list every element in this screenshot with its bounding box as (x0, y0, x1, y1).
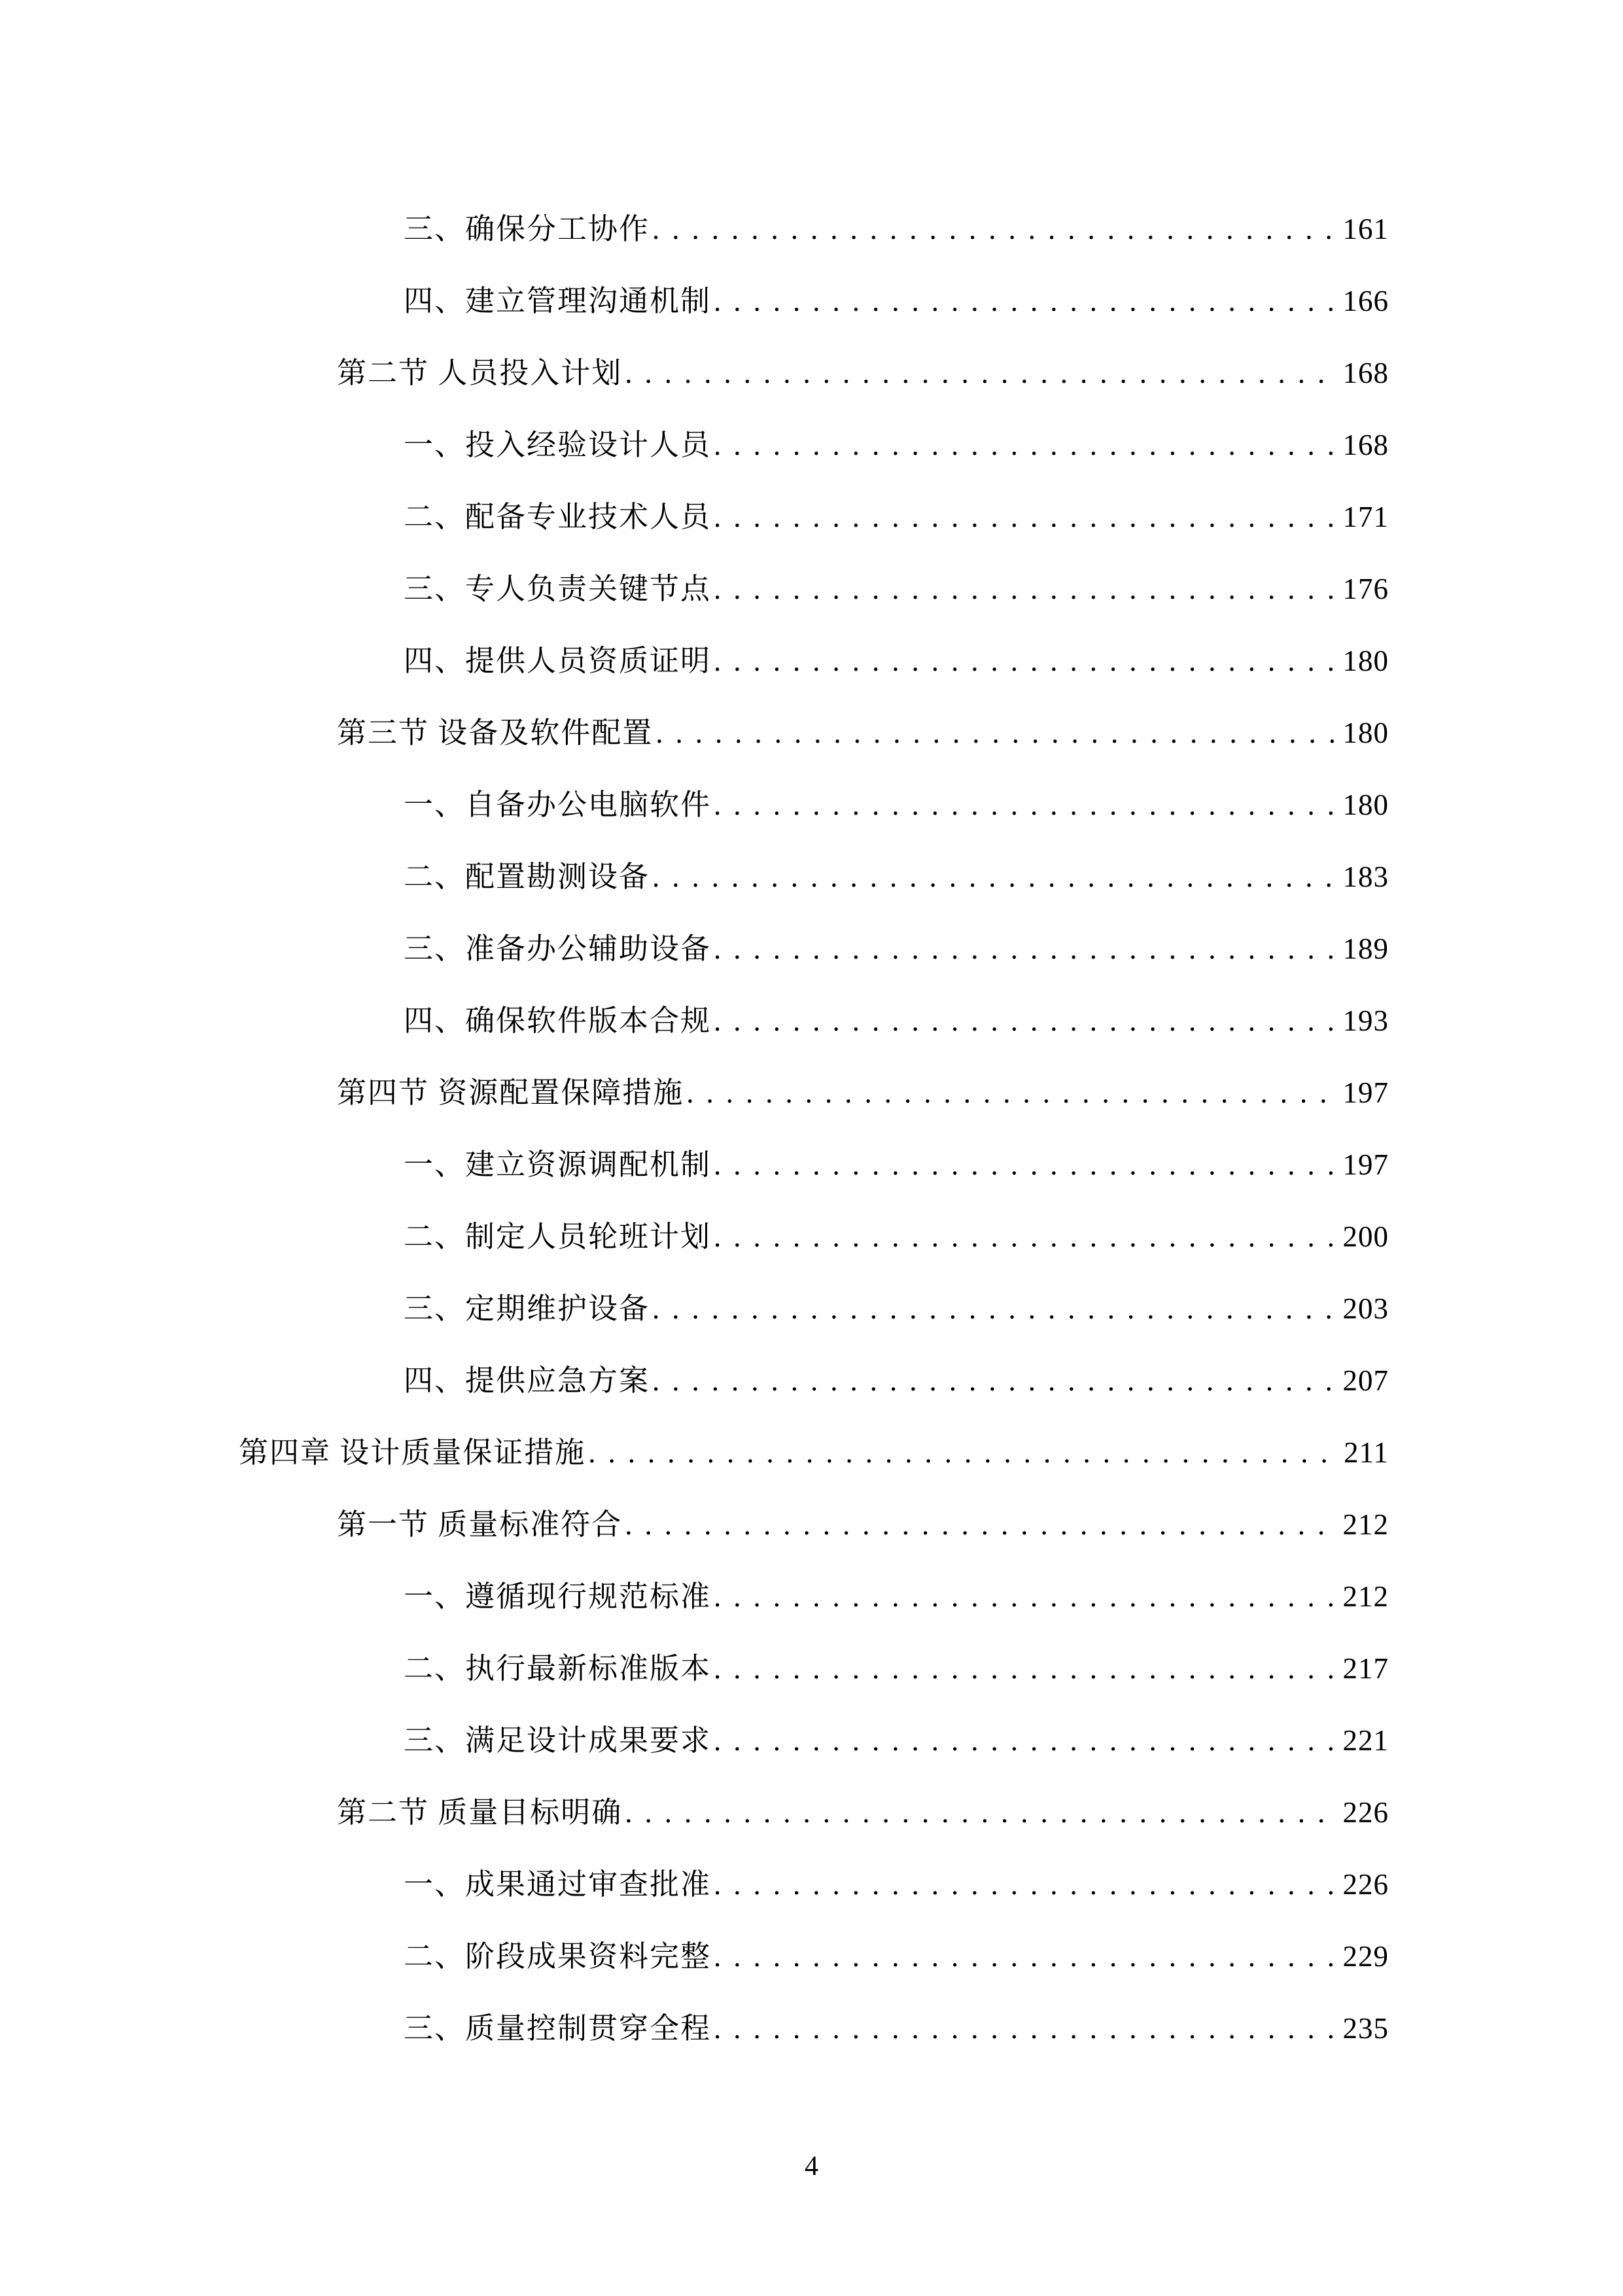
toc-entry-label: 第四章 设计质量保证措施 (239, 1417, 585, 1489)
toc-entry-label: 一、自备办公电脑软件 (404, 769, 711, 841)
dot-leader: ........................................… (711, 1992, 1335, 2064)
toc-entry[interactable]: 一、成果通过审查批准..............................… (239, 1848, 1389, 1920)
toc-entry-page-number: 212 (1343, 1489, 1389, 1561)
toc-entry[interactable]: 二、配备专业技术人员..............................… (239, 481, 1389, 553)
dot-leader: ........................................… (711, 1704, 1335, 1776)
toc-entry-page-number: 183 (1343, 841, 1389, 913)
toc-entry[interactable]: 三、定期维护设备................................… (239, 1273, 1389, 1345)
toc-entry-label: 第四节 资源配置保障措施 (337, 1057, 684, 1129)
toc-entry-page-number: 180 (1343, 769, 1389, 841)
toc-entry[interactable]: 三、专人负责关键节点..............................… (239, 553, 1389, 625)
toc-entry[interactable]: 二、配置勘测设备................................… (239, 841, 1389, 913)
dot-leader: ........................................… (653, 697, 1335, 769)
toc-entry-page-number: 197 (1343, 1129, 1389, 1201)
toc-entry-page-number: 217 (1343, 1633, 1389, 1704)
toc-entry[interactable]: 一、自备办公电脑软件..............................… (239, 769, 1389, 841)
dot-leader: ........................................… (711, 769, 1335, 841)
toc-entry-page-number: 203 (1343, 1273, 1389, 1345)
dot-leader: ........................................… (711, 1561, 1335, 1633)
dot-leader: ........................................… (650, 841, 1335, 913)
toc-entry-label: 四、建立管理沟通机制 (404, 265, 711, 337)
toc-entry[interactable]: 二、执行最新标准版本..............................… (239, 1633, 1389, 1704)
toc-entry-page-number: 168 (1343, 409, 1389, 481)
toc-entry-label: 第三节 设备及软件配置 (337, 697, 653, 769)
toc-entry-label: 一、遵循现行规范标准 (404, 1561, 711, 1633)
toc-entry-page-number: 168 (1343, 337, 1389, 409)
toc-entry[interactable]: 三、满足设计成果要求..............................… (239, 1704, 1389, 1776)
toc-entry-label: 二、阶段成果资料完整 (404, 1920, 711, 1992)
dot-leader: ........................................… (711, 1129, 1335, 1201)
toc-entry[interactable]: 一、投入经验设计人员..............................… (239, 409, 1389, 481)
toc-entry[interactable]: 第二节 质量目标明确..............................… (239, 1776, 1389, 1848)
dot-leader: ........................................… (622, 1776, 1335, 1848)
dot-leader: ........................................… (684, 1057, 1335, 1129)
dot-leader: ........................................… (585, 1417, 1336, 1489)
toc-entry[interactable]: 三、质量控制贯穿全程..............................… (239, 1992, 1389, 2064)
dot-leader: ........................................… (711, 1633, 1335, 1704)
dot-leader: ........................................… (650, 1345, 1335, 1417)
toc-entry-label: 第二节 人员投入计划 (337, 337, 622, 409)
toc-entry-label: 三、专人负责关键节点 (404, 553, 711, 625)
toc-entry-label: 二、配备专业技术人员 (404, 481, 711, 553)
toc-entry[interactable]: 第二节 人员投入计划..............................… (239, 337, 1389, 409)
toc-entry[interactable]: 二、制定人员轮班计划..............................… (239, 1201, 1389, 1273)
toc-entry-page-number: 193 (1343, 985, 1389, 1057)
toc-entry-label: 四、提供应急方案 (404, 1345, 650, 1417)
dot-leader: ........................................… (650, 193, 1335, 265)
toc-entry[interactable]: 四、建立管理沟通机制..............................… (239, 265, 1389, 337)
toc-entry[interactable]: 二、阶段成果资料完整..............................… (239, 1920, 1389, 1992)
toc-entry-label: 三、满足设计成果要求 (404, 1704, 711, 1776)
toc-entry-page-number: 211 (1344, 1417, 1389, 1489)
toc-entry-label: 一、建立资源调配机制 (404, 1129, 711, 1201)
toc-entry-page-number: 229 (1343, 1920, 1389, 1992)
toc-entry-label: 一、成果通过审查批准 (404, 1848, 711, 1920)
toc-entry-label: 三、准备办公辅助设备 (404, 913, 711, 985)
dot-leader: ........................................… (711, 1201, 1335, 1273)
dot-leader: ........................................… (711, 985, 1335, 1057)
toc-entry[interactable]: 第一节 质量标准符合..............................… (239, 1489, 1389, 1561)
toc-entry-page-number: 161 (1343, 193, 1389, 265)
toc-entry-page-number: 197 (1343, 1057, 1389, 1129)
toc-entry-page-number: 207 (1343, 1345, 1389, 1417)
toc-entry[interactable]: 四、提供应急方案................................… (239, 1345, 1389, 1417)
toc-entry-page-number: 212 (1343, 1561, 1389, 1633)
dot-leader: ........................................… (711, 1848, 1335, 1920)
toc-entry[interactable]: 一、建立资源调配机制..............................… (239, 1129, 1389, 1201)
toc-entry-label: 三、确保分工协作 (404, 193, 650, 265)
dot-leader: ........................................… (711, 625, 1335, 697)
toc-entry-label: 四、提供人员资质证明 (404, 625, 711, 697)
page-number-footer: 4 (0, 2147, 1623, 2186)
dot-leader: ........................................… (711, 553, 1335, 625)
toc-entry[interactable]: 第四节 资源配置保障措施............................… (239, 1057, 1389, 1129)
toc-entry[interactable]: 三、准备办公辅助设备..............................… (239, 913, 1389, 985)
toc-entry-page-number: 189 (1343, 913, 1389, 985)
toc-entry-page-number: 180 (1343, 625, 1389, 697)
table-of-contents: 三、确保分工协作................................… (239, 193, 1389, 2064)
toc-entry-page-number: 226 (1343, 1848, 1389, 1920)
dot-leader: ........................................… (650, 1273, 1335, 1345)
toc-entry-label: 二、配置勘测设备 (404, 841, 650, 913)
toc-entry-page-number: 176 (1343, 553, 1389, 625)
toc-entry-label: 四、确保软件版本合规 (404, 985, 711, 1057)
toc-entry-label: 三、质量控制贯穿全程 (404, 1992, 711, 2064)
dot-leader: ........................................… (711, 1920, 1335, 1992)
toc-entry[interactable]: 四、提供人员资质证明..............................… (239, 625, 1389, 697)
toc-entry-label: 二、制定人员轮班计划 (404, 1201, 711, 1273)
dot-leader: ........................................… (622, 1489, 1335, 1561)
toc-entry-page-number: 226 (1343, 1776, 1389, 1848)
toc-entry-page-number: 180 (1343, 697, 1389, 769)
toc-entry[interactable]: 三、确保分工协作................................… (239, 193, 1389, 265)
toc-entry-page-number: 166 (1343, 265, 1389, 337)
toc-entry[interactable]: 一、遵循现行规范标准..............................… (239, 1561, 1389, 1633)
dot-leader: ........................................… (622, 337, 1335, 409)
toc-entry-page-number: 200 (1343, 1201, 1389, 1273)
toc-entry-label: 第二节 质量目标明确 (337, 1776, 622, 1848)
toc-entry-label: 二、执行最新标准版本 (404, 1633, 711, 1704)
dot-leader: ........................................… (711, 409, 1335, 481)
document-page: 三、确保分工协作................................… (0, 0, 1623, 2296)
dot-leader: ........................................… (711, 481, 1335, 553)
toc-entry-label: 第一节 质量标准符合 (337, 1489, 622, 1561)
toc-entry[interactable]: 第四章 设计质量保证措施............................… (239, 1417, 1389, 1489)
dot-leader: ........................................… (711, 265, 1335, 337)
toc-entry-page-number: 171 (1343, 481, 1389, 553)
toc-entry-page-number: 221 (1343, 1704, 1389, 1776)
dot-leader: ........................................… (711, 913, 1335, 985)
toc-entry-label: 三、定期维护设备 (404, 1273, 650, 1345)
toc-entry[interactable]: 第三节 设备及软件配置.............................… (239, 697, 1389, 769)
toc-entry-label: 一、投入经验设计人员 (404, 409, 711, 481)
toc-entry[interactable]: 四、确保软件版本合规..............................… (239, 985, 1389, 1057)
toc-entry-page-number: 235 (1343, 1992, 1389, 2064)
